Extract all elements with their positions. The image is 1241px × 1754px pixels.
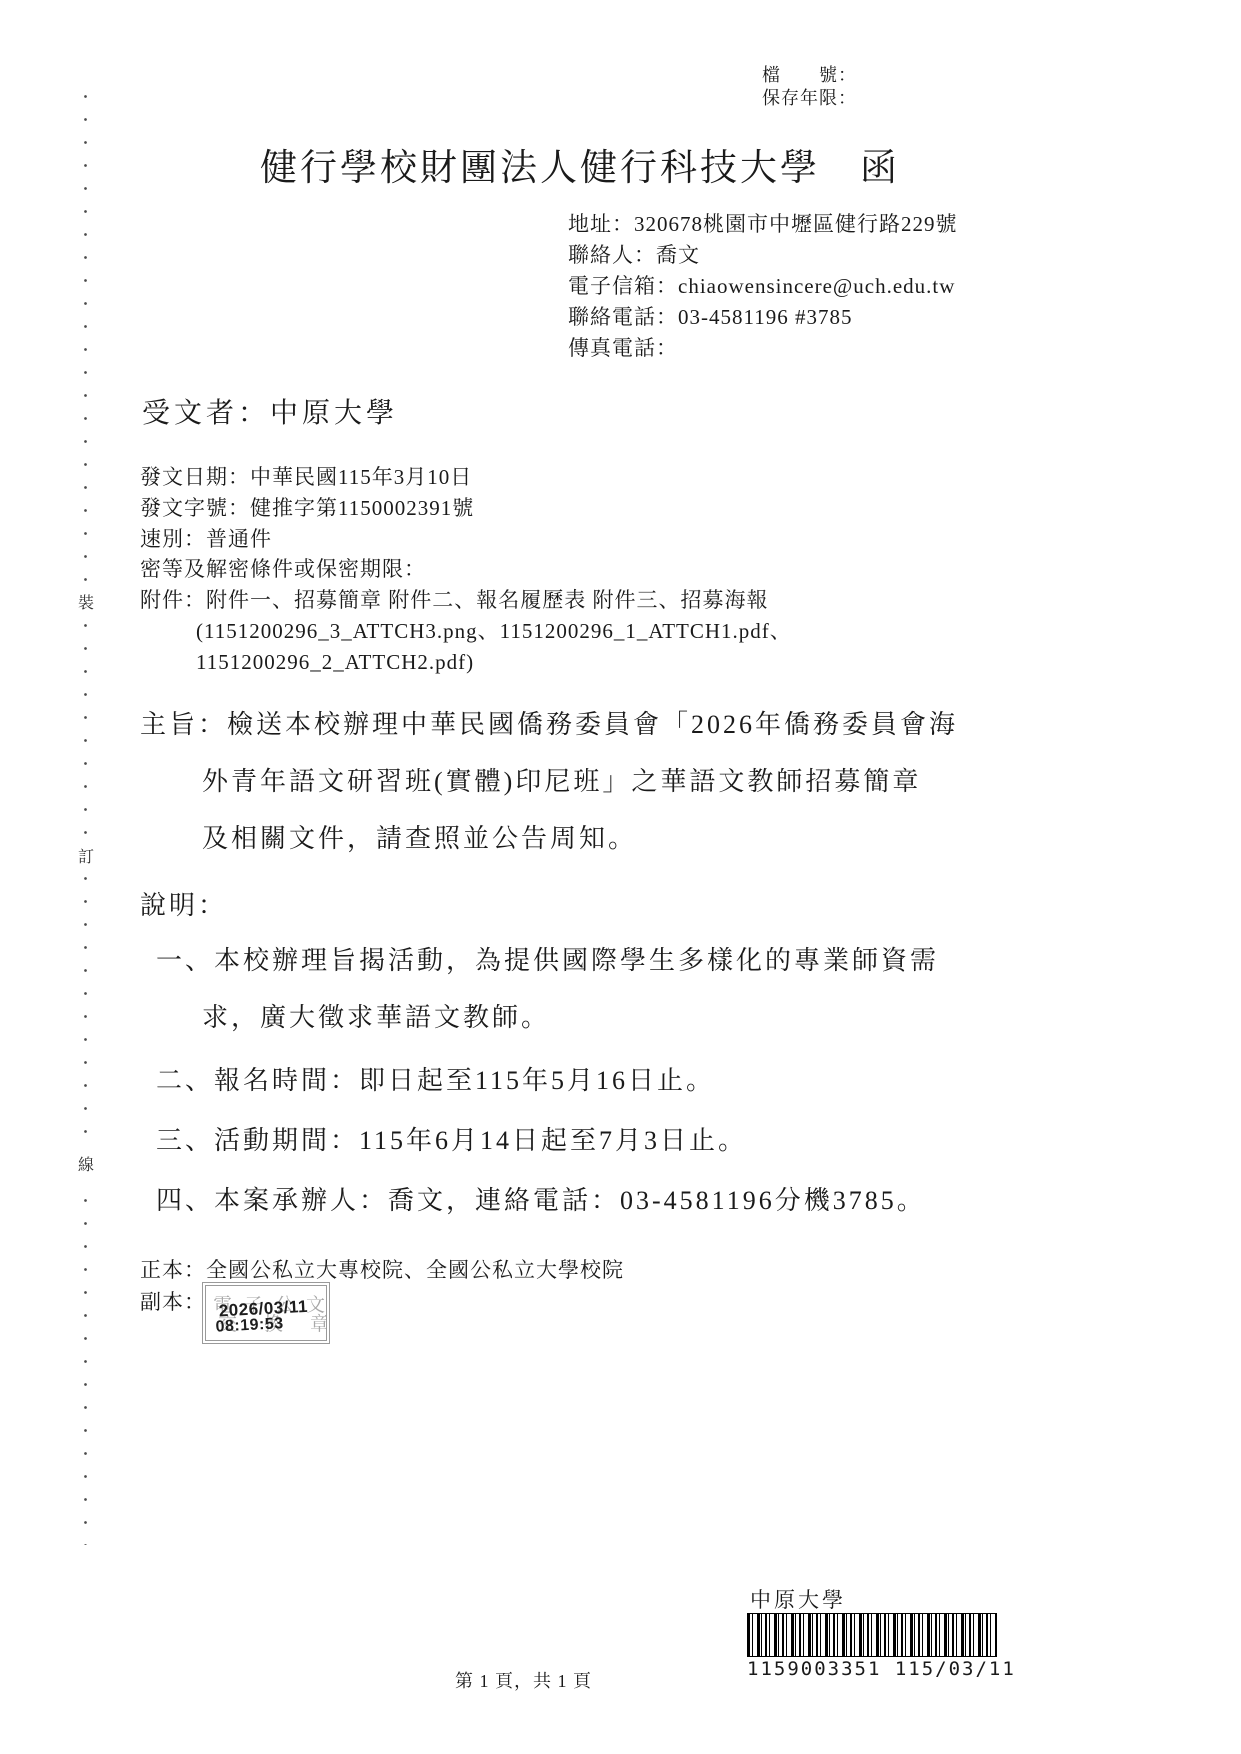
file-number-label: 檔 號： bbox=[762, 64, 857, 87]
attachments-line-3: 1151200296_2_ATTCH2.pdf) bbox=[196, 652, 474, 673]
doc-number-line: 發文字號：健推字第1150002391號 bbox=[140, 498, 474, 519]
file-number-block: 檔 號： 保存年限： bbox=[762, 64, 857, 110]
barcode-number-line: 1159003351 115/03/11 bbox=[747, 1660, 1016, 1679]
explanation-item-4: 四、本案承辦人：喬文，連絡電話：03-4581196分機3785。 bbox=[156, 1188, 926, 1214]
explanation-item-3: 三、活動期間：115年6月14日起至7月3日止。 bbox=[156, 1128, 747, 1154]
sender-phone: 聯絡電話：03-4581196 #3785 bbox=[568, 307, 852, 328]
binding-label-ding: 訂 bbox=[76, 840, 96, 871]
sender-fax: 傳真電話： bbox=[568, 338, 678, 359]
official-letter-page: 裝 訂 線 檔 號： 保存年限： 健行學校財團法人健行科技大學 函 地址：320… bbox=[0, 0, 1241, 1754]
retention-period-label: 保存年限： bbox=[762, 87, 857, 110]
issue-date-line: 發文日期：中華民國115年3月10日 bbox=[140, 467, 472, 488]
speed-line: 速別：普通件 bbox=[140, 529, 272, 550]
carbon-copy-label: 副本： bbox=[140, 1292, 206, 1313]
explanation-label: 說明： bbox=[140, 893, 227, 919]
sender-email: 電子信箱：chiaowensincere@uch.edu.tw bbox=[568, 276, 955, 297]
stamp-datetime-overlay: 2026/03/11 08:19:53 bbox=[205, 1283, 328, 1343]
document-title: 健行學校財團法人健行科技大學 函 bbox=[160, 150, 1000, 187]
sender-contact: 聯絡人：喬文 bbox=[568, 245, 700, 266]
document-barcode bbox=[747, 1613, 997, 1657]
subject-line-1: 主旨：檢送本校辦理中華民國僑務委員會「2026年僑務委員會海 bbox=[140, 712, 958, 738]
original-copy-line: 正本：全國公私立大專校院、全國公私立大學校院 bbox=[140, 1260, 624, 1281]
sender-address: 地址：320678桃園市中壢區健行路229號 bbox=[568, 214, 958, 235]
barcode-recipient-name: 中原大學 bbox=[750, 1590, 846, 1611]
attachments-line-1: 附件：附件一、招募簡章 附件二、報名履歷表 附件三、招募海報 bbox=[140, 590, 769, 611]
e-document-exchange-stamp: 電子公文 交換章 2026/03/11 08:19:53 bbox=[202, 1282, 330, 1344]
explanation-item-1-line-1: 一、本校辦理旨揭活動，為提供國際學生多樣化的專業師資需 bbox=[156, 948, 939, 974]
binding-label-zhuang: 裝 bbox=[76, 586, 96, 617]
security-line: 密等及解密條件或保密期限： bbox=[140, 559, 426, 580]
explanation-item-2: 二、報名時間：即日起至115年5月16日止。 bbox=[156, 1068, 715, 1094]
subject-line-2: 外青年語文研習班(實體)印尼班」之華語文教師招募簡章 bbox=[202, 769, 921, 795]
attachments-line-2: (1151200296_3_ATTCH3.png、1151200296_1_AT… bbox=[196, 621, 792, 642]
binding-label-xian: 線 bbox=[76, 1148, 96, 1179]
recipient-line: 受文者：中原大學 bbox=[142, 400, 398, 428]
stamp-time: 08:19:53 bbox=[215, 1315, 284, 1337]
page-number-footer: 第 1 頁，共 1 頁 bbox=[455, 1672, 592, 1690]
explanation-item-1-line-2: 求，廣大徵求華語文教師。 bbox=[202, 1005, 550, 1031]
binding-dotted-line bbox=[84, 85, 87, 1545]
subject-line-3: 及相關文件，請查照並公告周知。 bbox=[202, 826, 637, 852]
